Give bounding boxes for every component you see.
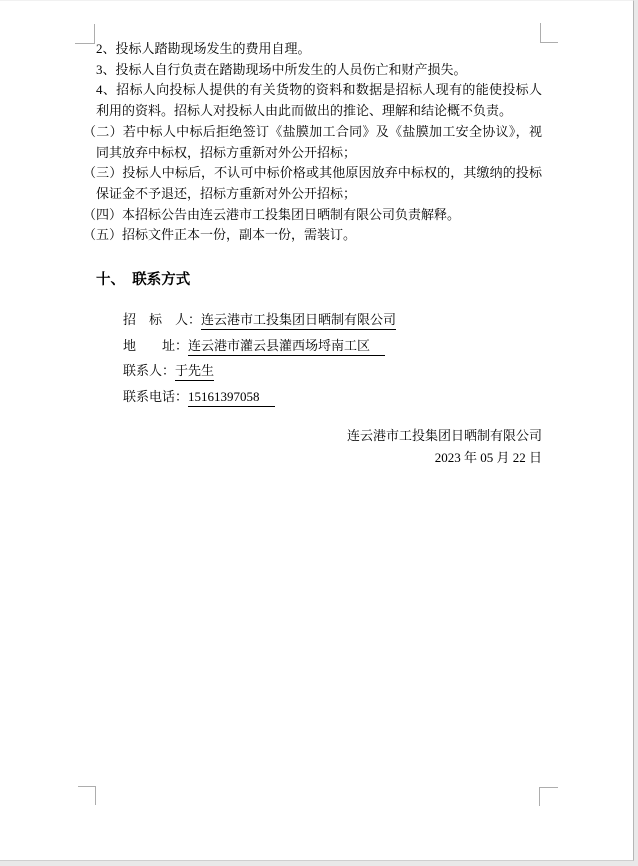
contact-value-phone: 15161397058: [188, 389, 275, 407]
document-page: 2、投标人踏勘现场发生的费用自理。 3、投标人自行负责在踏勘现场中所发生的人员伤…: [0, 0, 634, 861]
contact-row-address: 地 址：连云港市灌云县灌西场埒南工区: [123, 333, 396, 359]
margin-corner-mark-top-right: [540, 23, 558, 43]
margin-corner-mark-bottom-right: [539, 787, 558, 806]
contact-value-tenderer: 连云港市工投集团日晒制有限公司: [201, 312, 396, 330]
signature-company: 连云港市工投集团日晒制有限公司: [96, 425, 542, 447]
signature-date: 2023 年 05 月 22 日: [96, 447, 542, 469]
document-viewport: 2、投标人踏勘现场发生的费用自理。 3、投标人自行负责在踏勘现场中所发生的人员伤…: [0, 0, 638, 866]
contact-label-tenderer: 招 标 人：: [123, 312, 201, 327]
contact-row-tenderer: 招 标 人：连云港市工投集团日晒制有限公司: [123, 307, 396, 333]
paragraph-clause-5: （五）招标文件正本一份，副本一份，需装订。: [96, 225, 542, 246]
margin-corner-mark-top-left: [75, 24, 95, 44]
contact-label-address: 地 址：: [123, 338, 188, 353]
paragraph-site-visit-liability: 3、投标人自行负责在踏勘现场中所发生的人员伤亡和财产损失。: [96, 60, 542, 81]
paragraph-clause-4: （四）本招标公告由连云港市工投集团日晒制有限公司负责解释。: [96, 205, 542, 226]
contact-value-person: 于先生: [175, 363, 214, 381]
contact-info-block: 招 标 人：连云港市工投集团日晒制有限公司 地 址：连云港市灌云县灌西场埒南工区…: [123, 307, 396, 409]
paragraph-provided-data: 4、招标人向投标人提供的有关货物的资料和数据是招标人现有的能使投标人利用的资料。…: [96, 80, 542, 121]
paragraph-site-visit-cost: 2、投标人踏勘现场发生的费用自理。: [96, 39, 542, 60]
paragraph-clause-2: （二）若中标人中标后拒绝签订《盐膜加工合同》及《盐膜加工安全协议》，视同其放弃中…: [96, 122, 542, 163]
margin-corner-mark-bottom-left: [78, 786, 96, 805]
contact-label-phone: 联系电话：: [123, 389, 188, 404]
paragraph-clause-3: （三）投标人中标后，不认可中标价格或其他原因放弃中标权的，其缴纳的投标保证金不予…: [96, 163, 542, 204]
contact-value-address: 连云港市灌云县灌西场埒南工区: [188, 338, 385, 356]
signature-block: 连云港市工投集团日晒制有限公司 2023 年 05 月 22 日: [96, 425, 542, 470]
section-heading-contact: 十、 联系方式: [96, 271, 190, 289]
contact-row-person: 联系人：于先生: [123, 358, 396, 384]
contact-label-person: 联系人：: [123, 363, 175, 378]
document-body: 2、投标人踏勘现场发生的费用自理。 3、投标人自行负责在踏勘现场中所发生的人员伤…: [96, 39, 542, 246]
contact-row-phone: 联系电话：15161397058: [123, 384, 396, 410]
